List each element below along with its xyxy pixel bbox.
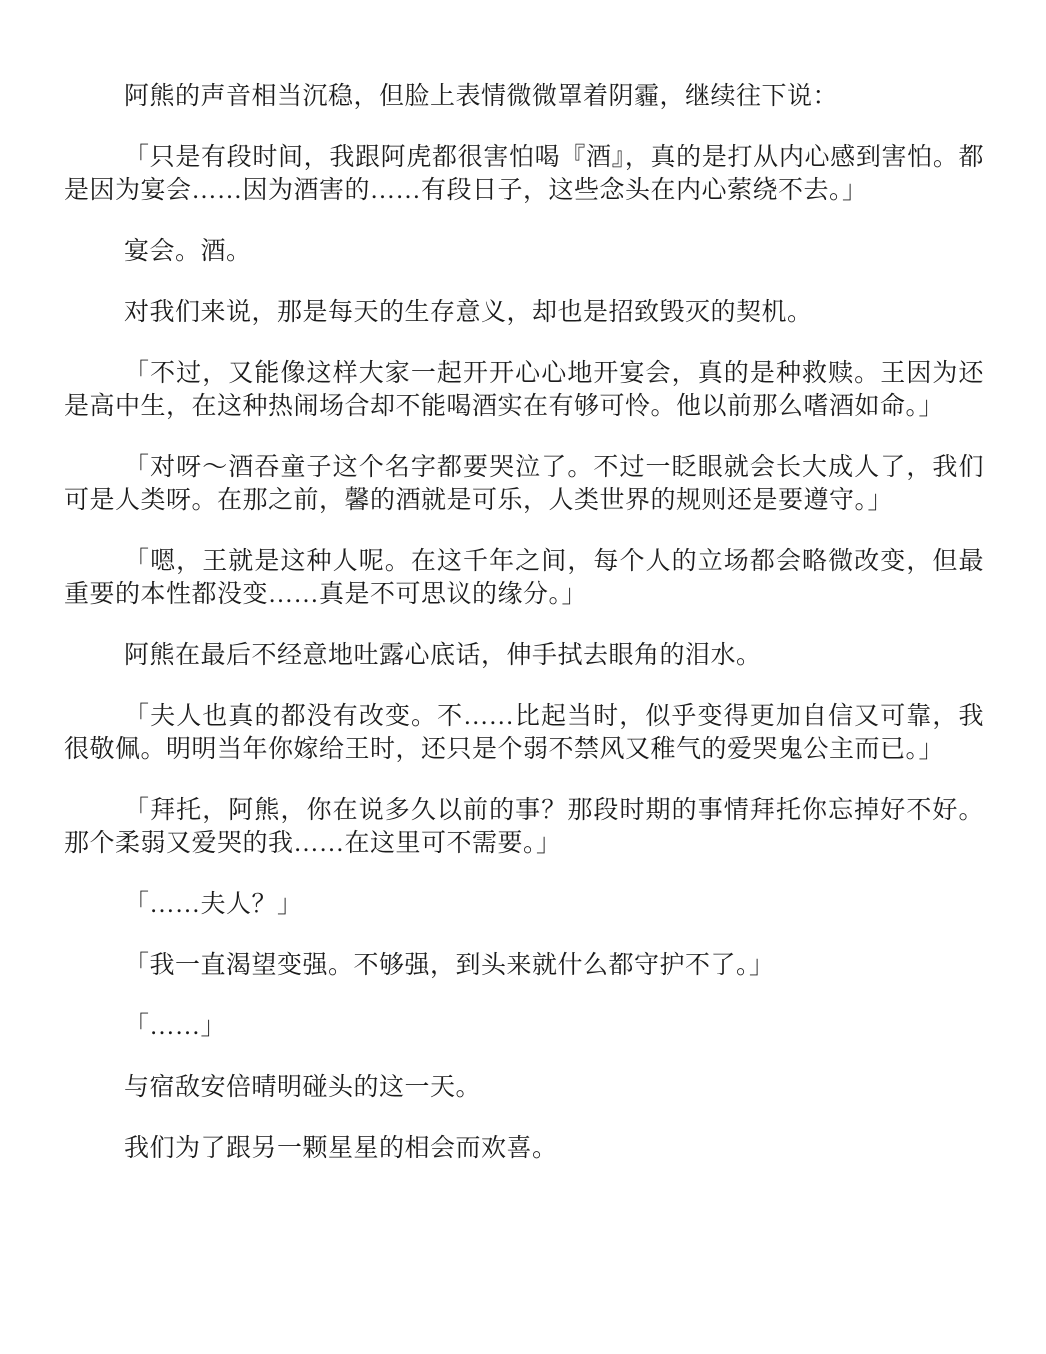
paragraph: 对我们来说，那是每天的生存意义，却也是招致毁灭的契机。 bbox=[64, 296, 984, 329]
novel-page: 阿熊的声音相当沉稳，但脸上表情微微罩着阴霾，继续往下说： 「只是有段时间，我跟阿… bbox=[0, 0, 1046, 1354]
paragraph: 「对呀～酒吞童子这个名字都要哭泣了。不过一眨眼就会长大成人了，我们可是人类呀。在… bbox=[64, 451, 984, 517]
paragraph: 「……」 bbox=[64, 1010, 984, 1043]
paragraph: 「拜托，阿熊，你在说多久以前的事？那段时期的事情拜托你忘掉好不好。那个柔弱又爱哭… bbox=[64, 794, 984, 860]
paragraph: 阿熊的声音相当沉稳，但脸上表情微微罩着阴霾，继续往下说： bbox=[64, 80, 984, 113]
paragraph: 「我一直渴望变强。不够强，到头来就什么都守护不了。」 bbox=[64, 949, 984, 982]
paragraph: 「不过，又能像这样大家一起开开心心地开宴会，真的是种救赎。王因为还是高中生，在这… bbox=[64, 357, 984, 423]
paragraph: 阿熊在最后不经意地吐露心底话，伸手拭去眼角的泪水。 bbox=[64, 639, 984, 672]
paragraph: 「嗯，王就是这种人呢。在这千年之间，每个人的立场都会略微改变，但最重要的本性都没… bbox=[64, 545, 984, 611]
paragraph: 我们为了跟另一颗星星的相会而欢喜。 bbox=[64, 1132, 984, 1165]
paragraph: 「……夫人？」 bbox=[64, 888, 984, 921]
paragraph: 宴会。酒。 bbox=[64, 235, 984, 268]
paragraph: 与宿敌安倍晴明碰头的这一天。 bbox=[64, 1071, 984, 1104]
paragraph: 「夫人也真的都没有改变。不……比起当时，似乎变得更加自信又可靠，我很敬佩。明明当… bbox=[64, 700, 984, 766]
paragraph: 「只是有段时间，我跟阿虎都很害怕喝『酒』，真的是打从内心感到害怕。都是因为宴会…… bbox=[64, 141, 984, 207]
